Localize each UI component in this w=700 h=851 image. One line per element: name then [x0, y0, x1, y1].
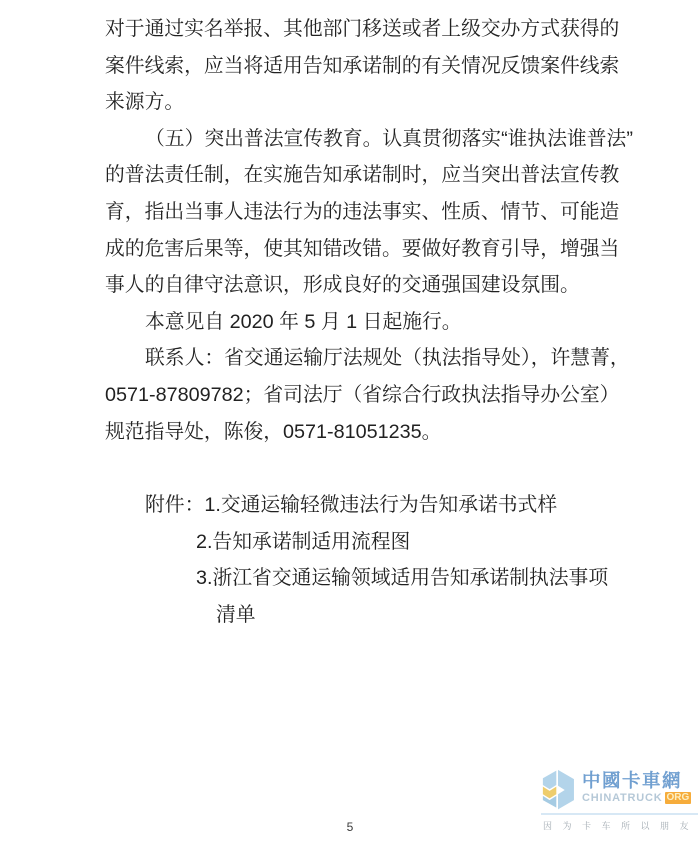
text-line: 事人的自律守法意识，形成良好的交通强国建设氛围。	[105, 267, 605, 304]
text-line: 0571-87809782；省司法厅（省综合行政执法指导办公室）	[105, 377, 605, 414]
watermark-brand-english-row: CHINATRUCKORG	[582, 792, 691, 804]
text-line: （五）突出普法宣传教育。认真贯彻落实“谁执法谁普法”	[105, 121, 605, 158]
text-line: 案件线索，应当将适用告知承诺制的有关情况反馈案件线索	[105, 48, 605, 85]
watermark-header: 中國卡車網 CHINATRUCKORG	[541, 767, 698, 811]
text-line: 本意见自 2020 年 5 月 1 日起施行。	[105, 304, 605, 341]
text-line: 成的危害后果等，使其知错改错。要做好教育引导，增强当	[105, 231, 605, 268]
text-line: 来源方。	[105, 84, 605, 121]
text-line: 的普法责任制，在实施告知承诺制时，应当突出普法宣传教	[105, 157, 605, 194]
watermark-brand-english: CHINATRUCK	[582, 792, 663, 804]
watermark-divider	[541, 813, 698, 815]
watermark-brand-block: 中國卡車網 CHINATRUCKORG	[582, 767, 691, 804]
page-number: 5	[0, 820, 700, 834]
text-line: 对于通过实名举报、其他部门移送或者上级交办方式获得的	[105, 11, 605, 48]
document-text: 对于通过实名举报、其他部门移送或者上级交办方式获得的案件线索，应当将适用告知承诺…	[105, 11, 605, 634]
document-page: 对于通过实名举报、其他部门移送或者上级交办方式获得的案件线索，应当将适用告知承诺…	[0, 0, 700, 851]
text-line: 规范指导处，陈俊，0571-81051235。	[105, 414, 605, 451]
text-line: 2.告知承诺制适用流程图	[105, 524, 605, 561]
watermark-brand-chinese: 中國卡車網	[582, 769, 691, 792]
text-line: 清单	[105, 597, 605, 634]
text-line: 联系人：省交通运输厅法规处（执法指导处），许慧菁，	[105, 340, 605, 377]
text-line: 附件：1.交通运输轻微违法行为告知承诺书式样	[105, 487, 605, 524]
watermark-brand-tld-badge: ORG	[665, 792, 692, 804]
text-line: 育，指出当事人违法行为的违法事实、性质、情节、可能造	[105, 194, 605, 231]
chinatruck-cube-logo-icon	[541, 769, 575, 811]
text-line: 3.浙江省交通运输领域适用告知承诺制执法事项	[105, 560, 605, 597]
